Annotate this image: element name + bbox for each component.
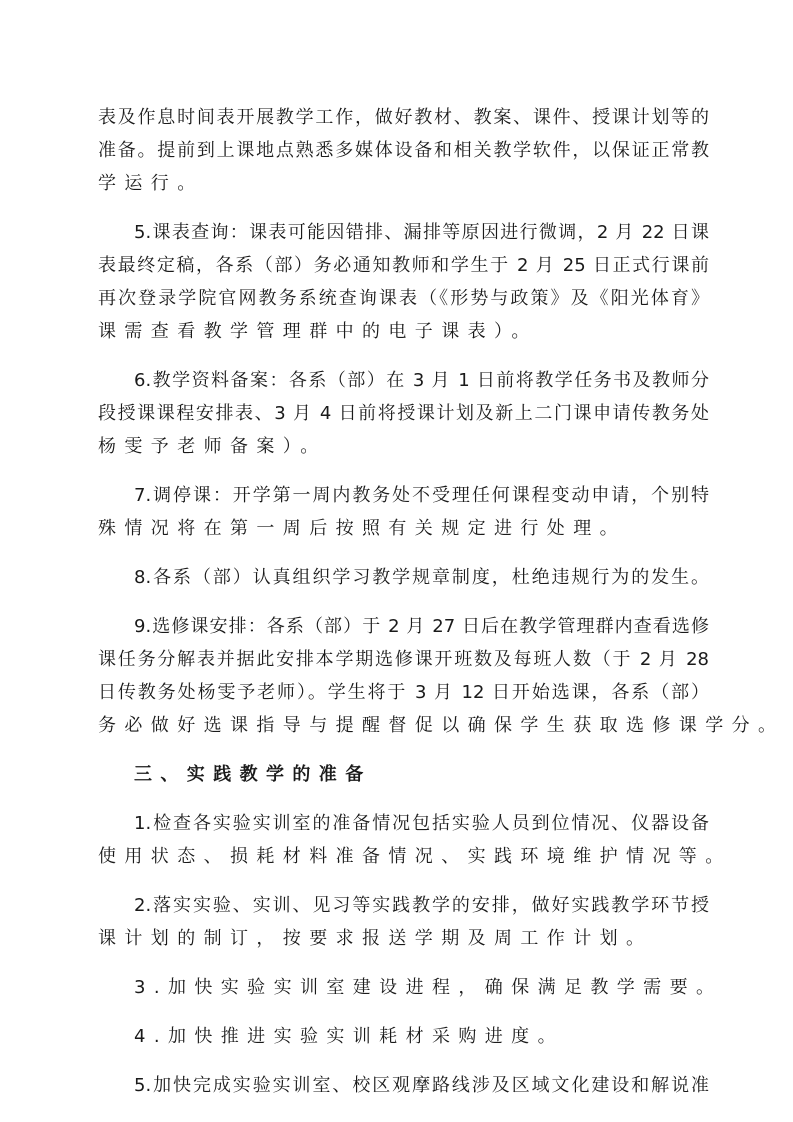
- body-text-line: 使用状态、损耗材料准备情况、实践环境维护情况等。: [98, 842, 709, 872]
- body-text-line: 课任务分解表并据此安排本学期选修课开班数及每班人数（于 2 月 28: [98, 645, 709, 675]
- body-text-line: 再次登录学院官网教务系统查询课表（《形势与政策》及《阳光体育》: [98, 284, 709, 314]
- body-text-line: 课计划的制订，按要求报送学期及周工作计划。: [98, 924, 709, 954]
- body-text-line: 8.各系（部）认真组织学习教学规章制度，杜绝违规行为的发生。: [134, 563, 709, 593]
- section-heading: 三、实践教学的准备: [134, 760, 709, 790]
- body-text-line: 表及作息时间表开展教学工作，做好教材、教案、课件、授课计划等的: [98, 103, 709, 133]
- body-text-line: 务必做好选课指导与提醒督促以确保学生获取选修课学分。: [98, 711, 709, 741]
- body-text-line: 5.课表查询：课表可能因错排、漏排等原因进行微调，2 月 22 日课: [134, 218, 709, 248]
- body-text-line: 杨雯予老师备案）。: [98, 432, 709, 462]
- body-text-line: 表最终定稿，各系（部）务必通知教师和学生于 2 月 25 日正式行课前: [98, 251, 709, 281]
- document-page: 表及作息时间表开展教学工作，做好教材、教案、课件、授课计划等的准备。提前到上课地…: [0, 0, 793, 1122]
- body-text-line: 7.调停课：开学第一周内教务处不受理任何课程变动申请，个别特: [134, 481, 709, 511]
- body-text-line: 殊情况将在第一周后按照有关规定进行处理。: [98, 514, 709, 544]
- body-text-line: 9.选修课安排：各系（部）于 2 月 27 日后在教学管理群内查看选修: [134, 612, 709, 642]
- body-text-line: 准备。提前到上课地点熟悉多媒体设备和相关教学软件，以保证正常教: [98, 136, 709, 166]
- body-text-line: 4.加快推进实验实训耗材采购进度。: [134, 1022, 709, 1052]
- body-text-line: 2.落实实验、实训、见习等实践教学的安排，做好实践教学环节授: [134, 891, 709, 921]
- body-text-line: 段授课课程安排表、3 月 4 日前将授课计划及新上二门课申请传教务处: [98, 399, 709, 429]
- body-text-line: 3.加快实验实训室建设进程，确保满足教学需要。: [134, 973, 709, 1003]
- body-text-line: 学运行。: [98, 169, 709, 199]
- body-text-line: 课需查看教学管理群中的电子课表）。: [98, 317, 709, 347]
- body-text-line: 6.教学资料备案：各系（部）在 3 月 1 日前将教学任务书及教师分: [134, 366, 709, 396]
- body-text-line: 日传教务处杨雯予老师）。学生将于 3 月 12 日开始选课，各系（部）: [98, 678, 709, 708]
- body-text-line: 1.检查各实验实训室的准备情况包括实验人员到位情况、仪器设备: [134, 809, 709, 839]
- body-text-line: 5.加快完成实验实训室、校区观摩路线涉及区域文化建设和解说准: [134, 1071, 709, 1101]
